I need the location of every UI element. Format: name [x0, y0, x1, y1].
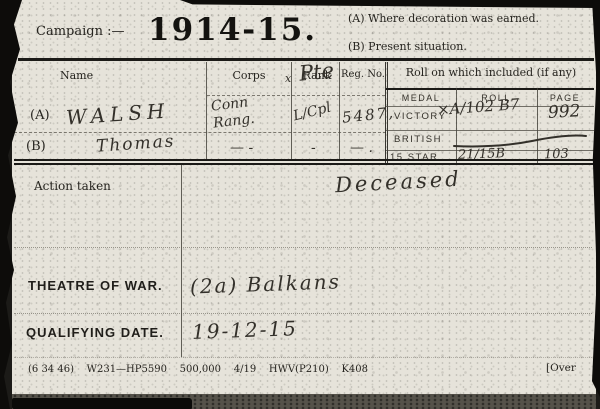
roll-box-title: Roll on which included (if any) — [390, 66, 592, 79]
medal-index-card-scan: Campaign :— 1914-15. (A) Where decoratio… — [0, 0, 600, 409]
roll-divider-2 — [537, 88, 538, 163]
row-a-label: (A) — [30, 108, 50, 123]
printer-code: (6 34 46) W231—HP5590 500,000 4/19 HWV(P… — [28, 364, 368, 375]
qualifying-date-handwriting: 19-12-15 — [192, 316, 299, 344]
qualifying-date-label: QUALIFYING DATE. — [26, 325, 164, 340]
victory-page-handwriting: 992 — [547, 101, 580, 123]
medal-star-label: 15 STAR — [390, 152, 438, 163]
section-rule-2 — [14, 313, 592, 314]
table-bottom-rule-1 — [14, 159, 594, 161]
label-column-divider — [181, 165, 182, 357]
campaign-value: 1914-15. — [148, 12, 317, 48]
col-header-name: Name — [60, 69, 206, 82]
row-b-rank-handwriting: - — [311, 140, 316, 156]
divider-rank-regno — [339, 62, 340, 159]
scan-bottom-blob — [12, 398, 192, 409]
row-b-corps-handwriting: — - — [230, 140, 253, 156]
section-rule-1 — [14, 247, 592, 248]
roll-box-left-border — [385, 62, 388, 163]
col-header-corps: Corps — [207, 69, 291, 82]
row-b-regno-handwriting: — . — [350, 140, 373, 156]
note-a: (A) Where decoration was earned. — [348, 12, 539, 25]
section-rule-3 — [14, 357, 592, 358]
campaign-label: Campaign :— — [36, 24, 124, 39]
row-a-baseline — [14, 132, 386, 133]
over-label: [Over — [546, 362, 576, 374]
roll-hline-2 — [386, 130, 594, 131]
divider-name-corps — [206, 62, 207, 159]
note-b: (B) Present situation. — [348, 40, 467, 53]
col-header-regno: Reg. No. — [340, 69, 386, 80]
medal-british-label: BRITISH — [394, 134, 442, 145]
roll-title-underline — [386, 88, 594, 90]
action-taken-label: Action taken — [34, 179, 111, 193]
theatre-of-war-label: THEATRE OF WAR. — [28, 278, 163, 293]
row-b-label: (B) — [26, 139, 46, 154]
rank-overwrite-handwriting: Pte — [298, 58, 335, 86]
table-bottom-rule-2 — [14, 163, 594, 165]
